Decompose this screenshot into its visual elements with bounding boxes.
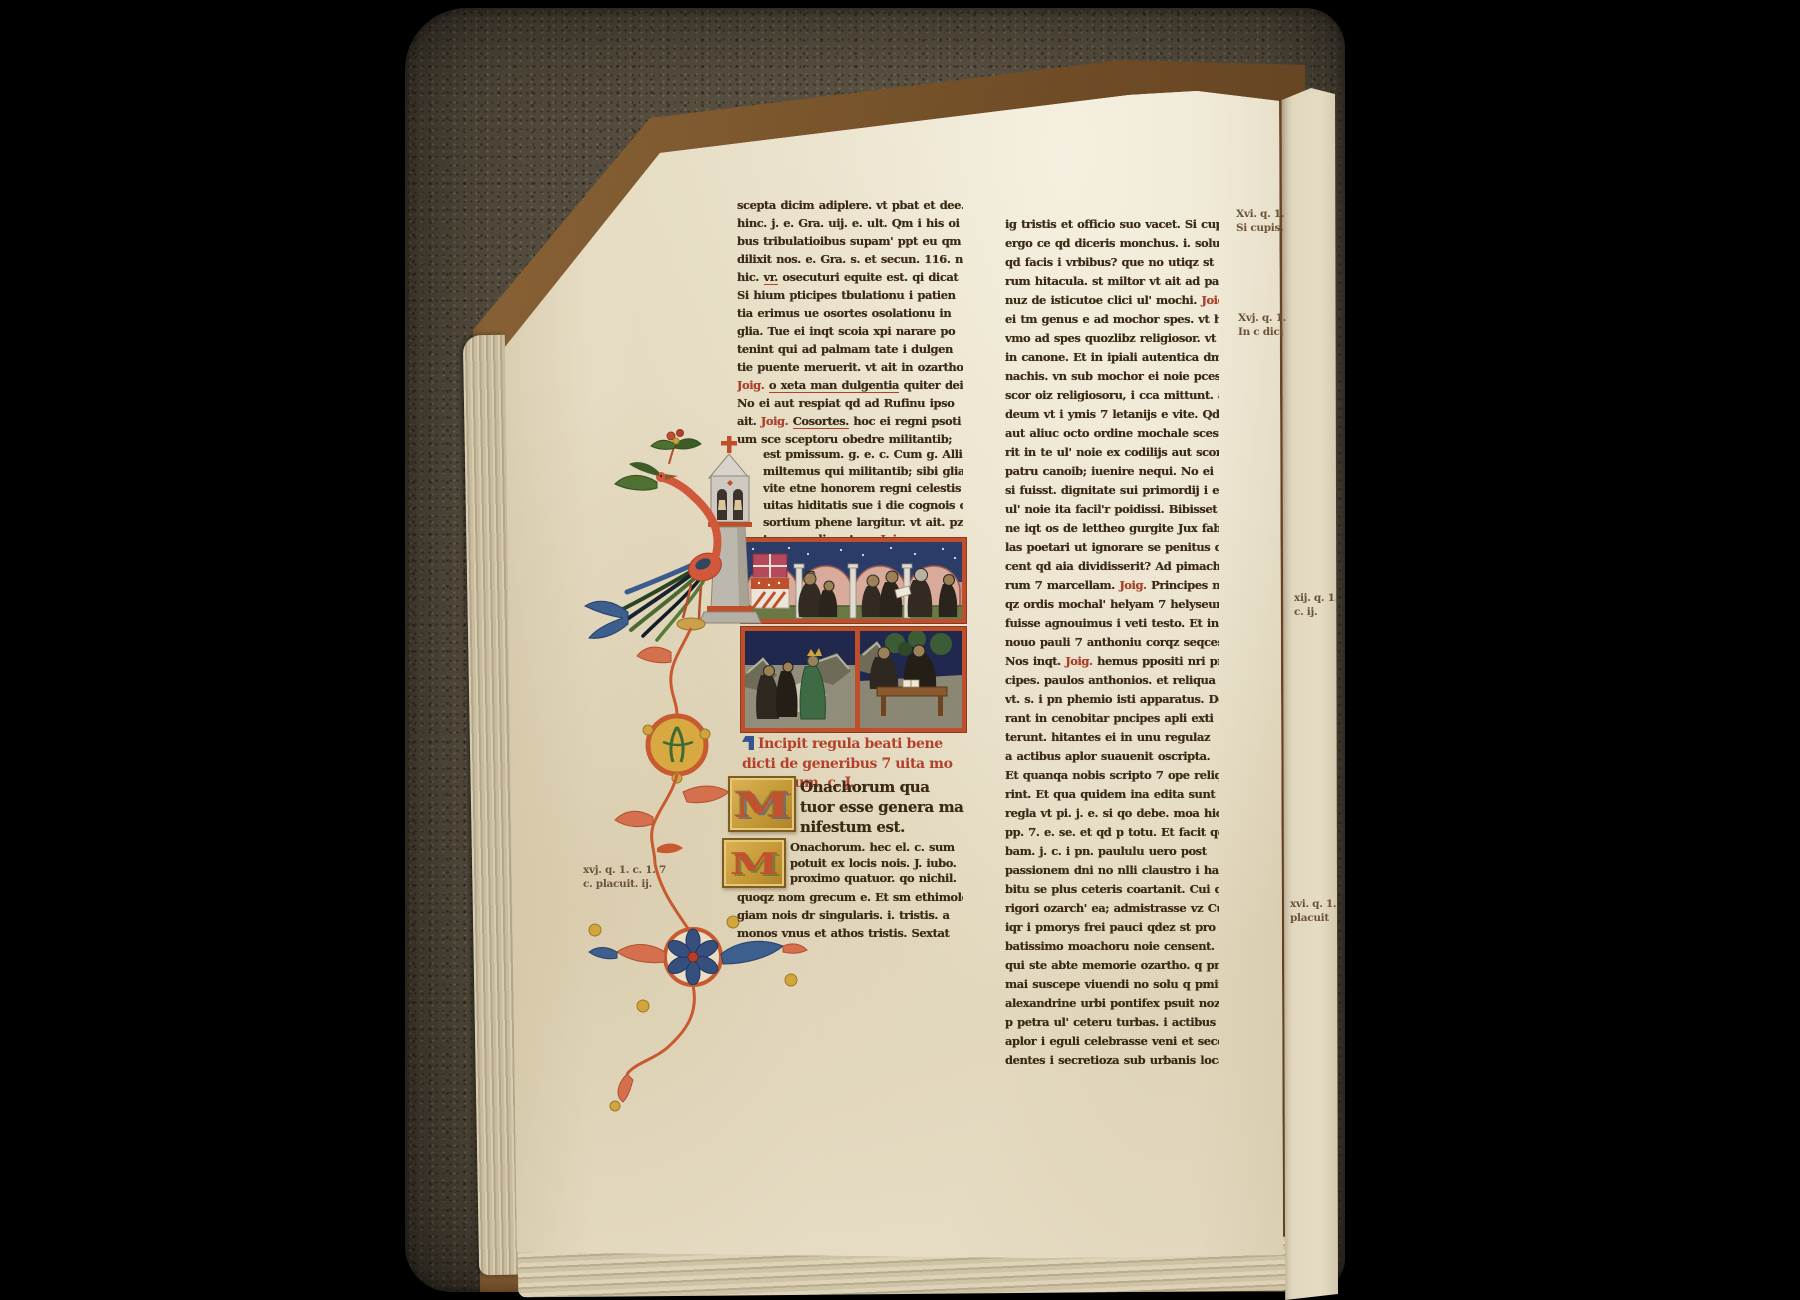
manuscript-photograph: scepta dicim adiplere. vt pbat et dee.hi… <box>0 0 1800 1300</box>
text-line: ei tm genus e ad mochor spes. vt hic. <box>1005 310 1219 329</box>
text-line: scepta dicim adiplere. vt pbat et dee. <box>737 196 963 214</box>
right-margin-note-1: Xvi. q. 1.Si cupis. <box>1236 208 1294 235</box>
text-line: mai suscepe viuendi no solu q pmit <box>1005 975 1219 994</box>
text-line: las poetari ut ignorare se penitus di <box>1005 538 1219 557</box>
text-line: bus tribulatioibus supam' ppt eu qm <box>737 232 963 250</box>
text-line: vmo ad spes quozlibz religiosor. vt pz <box>1005 329 1219 348</box>
text-line: giam nois dr singularis. i. tristis. a <box>737 906 963 924</box>
text-line: pp. 7. e. se. et qd p totu. Et facit qd … <box>1005 823 1219 842</box>
bell-tower-illustration <box>699 436 761 623</box>
text-line: monos vnus et athos tristis. Sextat <box>737 924 963 942</box>
margin-note-line: c. placuit. ij. <box>583 878 673 892</box>
text-line: qz ordis mochal' helyam 7 helyseum <box>1005 595 1219 614</box>
text-line: tia erimus ue osortes osolationu in <box>737 304 963 322</box>
text-line: Si hium pticipes tbulationu i patien <box>737 286 963 304</box>
text-line: iqr i pmorys frei pauci qdez st pro <box>1005 918 1219 937</box>
blue-paraph-mark <box>742 736 754 750</box>
text-line: No ei aut respiat qd ad Rufinu ipso <box>737 394 963 412</box>
text-line: in canone. Et in ipiali autentica dmo <box>1005 348 1219 367</box>
rubric-line: dicti de generibus 7 uita mo <box>742 755 966 775</box>
text-line: bam. j. c. i pn. paululu uero post <box>1005 842 1219 861</box>
initial-letter: M <box>729 845 778 881</box>
text-line: hinc. j. e. Gra. uij. e. ult. Qm i his o… <box>737 214 963 232</box>
text-line: p petra ul' ceteru turbas. i actibus <box>1005 1013 1219 1032</box>
text-line: a actibus aplor suauenit oscripta. <box>1005 747 1219 766</box>
text-line: Et quanqa nobis scripto 7 ope relique <box>1005 766 1219 785</box>
right-margin-note-4: xvi. q. 1. cplacuit <box>1290 898 1340 925</box>
text-line: alexandrine urbi pontifex psuit noz <box>1005 994 1219 1013</box>
left-column-text: scepta dicim adiplere. vt pbat et dee.hi… <box>737 196 963 448</box>
text-line: bitu se plus ceteris coartanit. Cui qoe <box>1005 880 1219 899</box>
text-line: proximo quatuor. qo nichil. <box>790 871 964 887</box>
margin-note-line: Si cupis. <box>1236 222 1294 236</box>
margin-note-line: Xvi. q. 1. <box>1236 208 1294 222</box>
text-line: quoqz nom grecum e. Et sm ethimolo <box>737 888 963 906</box>
text-line: rint. Et qua quidem ina edita sunt <box>1005 785 1219 804</box>
text-line: cent qd aia dividisserit? Ad pimachu <box>1005 557 1219 576</box>
illuminated-initial-2: M <box>722 838 786 888</box>
text-line: dentes i secretioza sub urbanis loca <box>1005 1051 1219 1070</box>
text-line: ul' noie ita facil'r poidissi. Bibisset <box>1005 500 1219 519</box>
text-line: rum hitacula. st miltor vt ait ad pauli <box>1005 272 1219 291</box>
text-line: Joig. o xeta man dulgentia quiter dei. <box>737 376 963 394</box>
margin-note-line: xij. q. 1. <box>1294 592 1340 606</box>
margin-note-line: placuit <box>1290 912 1340 926</box>
left-margin-note: xvj. q. 1. c. 1. 7c. placuit. ij. <box>583 864 673 891</box>
text-line: scor oiz religiosoru, i cca mittunt. ad <box>1005 386 1219 405</box>
text-line: potuit ex locis nois. J. iubo. <box>790 856 964 872</box>
text-line: nifestum est. <box>800 817 964 837</box>
rubric-line: Incipit regula beati bene <box>742 735 966 755</box>
text-line: nuz de isticutoe clici ul' mochi. Joio. … <box>1005 291 1219 310</box>
text-line: tenint qui ad palmam tate i dulgen <box>737 340 963 358</box>
text-line: dilixit nos. e. Gra. s. et secun. 116. n… <box>737 250 963 268</box>
text-line: aplor i eguli celebrasse veni et sece <box>1005 1032 1219 1051</box>
text-line: Nos inqt. Joig. hemus ppositi nri pn <box>1005 652 1219 671</box>
margin-note-line: xvj. q. 1. c. 1. 7 <box>583 864 673 878</box>
text-line: cipes. paulos anthonios. et reliqua <box>1005 671 1219 690</box>
margin-note-line: In c dici <box>1238 326 1296 340</box>
text-line: qui ste abte memorie ozartho. q pmi <box>1005 956 1219 975</box>
text-line: tuor esse genera ma <box>800 797 964 817</box>
text-line: aut aliuc octo ordine mochale scesse <box>1005 424 1219 443</box>
text-line: rit in te ul' noie ex codilijs aut scor <box>1005 443 1219 462</box>
next-folio-edge <box>1278 88 1338 1300</box>
text-line: nouo pauli 7 anthoniu corqz seqces. <box>1005 633 1219 652</box>
left-column-bottom-text: quoqz nom grecum e. Et sm ethimologiam n… <box>737 888 963 942</box>
text-line: regla vt pi. j. e. si qo debe. moa hic i <box>1005 804 1219 823</box>
text-line: Onachorum qua <box>800 777 964 797</box>
text-line: terunt. hitantes ei in unu regulaz <box>1005 728 1219 747</box>
text-line: vt. s. i pn phemio isti apparatus. De <box>1005 690 1219 709</box>
text-line: tie puente meruerit. vt ait in ozartho. <box>737 358 963 376</box>
text-line: si fuisst. dignitate sui primordij i ee <box>1005 481 1219 500</box>
text-line: ergo ce qd diceris monchus. i. solus. <box>1005 234 1219 253</box>
text-line: rigori ozarch' ea; admistrasse vz Cu <box>1005 899 1219 918</box>
illuminated-initial-1: M <box>728 776 796 832</box>
flower-above-bird <box>651 430 701 465</box>
initial-2-text: Onachorum. hec el. c. sumpotuit ex locis… <box>790 840 964 887</box>
text-line: rum 7 marcellam. Joig. Principes na <box>1005 576 1219 595</box>
initial-1-text: Onachorum quatuor esse genera manifestum… <box>800 777 964 837</box>
right-margin-note-3: xij. q. 1.c. ij. <box>1294 592 1340 619</box>
initial-letter: M <box>734 783 791 824</box>
text-line: fuisse agnouimus i veti testo. Et in <box>1005 614 1219 633</box>
text-line: ig tristis et officio suo vacet. Si cupi… <box>1005 215 1219 234</box>
margin-note-line: Xvj. q. 1. <box>1238 312 1296 326</box>
text-line: hic. vr. osecuturi equite est. qi dicat <box>737 268 963 286</box>
text-line: patru canoib; iuenire nequi. No ei <box>1005 462 1219 481</box>
text-line: nachis. vn sub mochor ei noie pces i <box>1005 367 1219 386</box>
text-line: ne iqt os de lettheo gurgite Jux fabu <box>1005 519 1219 538</box>
text-line: Onachorum. hec el. c. sum <box>790 840 964 856</box>
text-line: glia. Tue ei inqt scoia xpi narare po <box>737 322 963 340</box>
text-line: passionem dni no nlli claustro i ha <box>1005 861 1219 880</box>
margin-note-line: c. ij. <box>1294 606 1340 620</box>
text-line: rant in cenobitar pncipes apli exti <box>1005 709 1219 728</box>
margin-note-line: xvi. q. 1. c <box>1290 898 1340 912</box>
text-line: batissimo moachoru noie censent. <box>1005 937 1219 956</box>
right-margin-note-2: Xvj. q. 1.In c dici <box>1238 312 1296 339</box>
text-line: qd facis i vrbibus? que no utiqz st solo <box>1005 253 1219 272</box>
text-line: deum vt i ymis 7 letanijs e vite. Qd <box>1005 405 1219 424</box>
right-column-text: ig tristis et officio suo vacet. Si cupi… <box>1005 215 1219 1070</box>
